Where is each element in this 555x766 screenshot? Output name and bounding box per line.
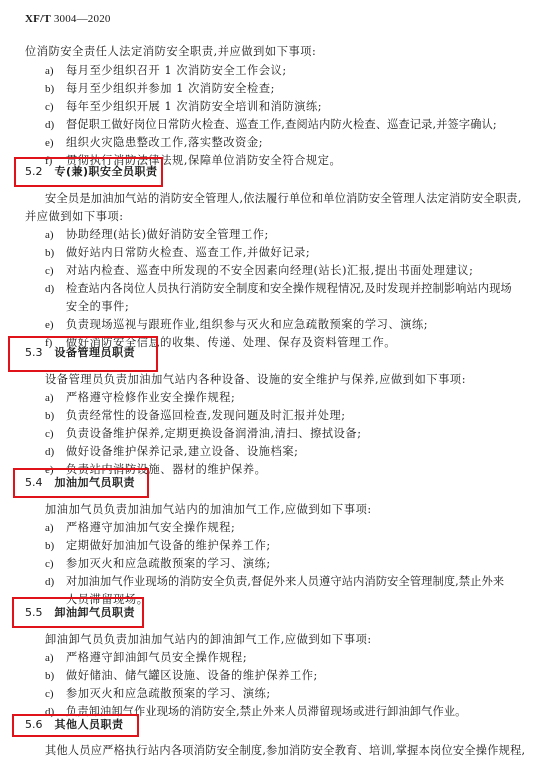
standard-code: XF/T: [25, 13, 51, 25]
section-heading-5-2: 5.2专(兼)职安全员职责: [25, 165, 158, 179]
list-item: 督促职工做好岗位日常防火检查、巡查工作,查阅站内防火检查、巡查记录,并签字确认;: [66, 118, 497, 132]
list-item: 每月至少组织并参加 1 次消防安全检查;: [66, 82, 275, 96]
list-item: 对站内检查、巡查中所发现的不安全因素向经理(站长)汇报,提出书面处理建议;: [66, 264, 473, 278]
list-label: c): [45, 264, 54, 278]
section-paragraph: 设备管理员负责加油加气站内各种设备、设施的安全维护与保养,应做到如下事项:: [45, 373, 466, 387]
list-label: a): [45, 651, 54, 665]
list-label: d): [45, 282, 54, 296]
list-item: 对加油加气作业现场的消防安全负责,督促外来人员遵守站内消防安全管理制度,禁止外来: [66, 575, 504, 589]
intro-paragraph: 位消防安全责任人法定消防安全职责,并应做到如下事项:: [25, 45, 316, 59]
list-label: d): [45, 575, 54, 589]
section-paragraph: 其他人员应严格执行站内各项消防安全制度,参加消防安全教育、培训,掌握本岗位安全操…: [45, 744, 525, 758]
list-label: e): [45, 318, 54, 332]
section-heading-5-3: 5.3设备管理员职责: [25, 346, 135, 360]
list-item: 严格遵守检修作业安全操作规程;: [66, 391, 235, 405]
list-item: 负责设备维护保养,定期更换设备润滑油,清扫、擦拭设备;: [66, 427, 362, 441]
section-number: 5.6: [25, 718, 43, 731]
list-label: a): [45, 391, 54, 405]
list-label: c): [45, 557, 54, 571]
section-title: 其他人员职责: [55, 718, 124, 731]
section-paragraph: 加油加气员负责加油加气站内的加油加气工作,应做到如下事项:: [45, 503, 372, 517]
list-item: 每年至少组织开展 1 次消防安全培训和消防演练;: [66, 100, 322, 114]
list-label: c): [45, 427, 54, 441]
list-label: b): [45, 409, 54, 423]
list-label: e): [45, 136, 54, 150]
list-label: b): [45, 82, 54, 96]
section-number: 5.3: [25, 346, 43, 359]
section-title: 专(兼)职安全员职责: [55, 165, 158, 178]
section-number: 5.2: [25, 165, 43, 178]
section-paragraph: 安全员是加油加气站的消防安全管理人,依法履行单位和单位消防安全管理人法定消防安全…: [45, 192, 522, 206]
list-item: 定期做好加油加气设备的维护保养工作;: [66, 539, 271, 553]
list-item: 协助经理(站长)做好消防安全管理工作;: [66, 228, 269, 242]
section-title: 设备管理员职责: [55, 346, 136, 359]
list-item: 做好站内日常防火检查、巡查工作,并做好记录;: [66, 246, 310, 260]
section-title: 卸油卸气员职责: [55, 606, 136, 619]
list-item: 参加灭火和应急疏散预案的学习、演练;: [66, 557, 271, 571]
list-label: a): [45, 64, 54, 78]
list-item: 严格遵守加油加气安全操作规程;: [66, 521, 235, 535]
list-label: a): [45, 521, 54, 535]
list-item: 参加灭火和应急疏散预案的学习、演练;: [66, 687, 271, 701]
document-header: XF/T 3004—2020: [25, 13, 111, 25]
list-item: 严格遵守卸油卸气员安全操作规程;: [66, 651, 247, 665]
list-item: 组织火灾隐患整改工作,落实整改资金;: [66, 136, 263, 150]
section-heading-5-4: 5.4加油加气员职责: [25, 476, 135, 490]
list-item: 做好储油、储气罐区设施、设备的维护保养工作;: [66, 669, 318, 683]
section-paragraph: 并应做到如下事项:: [25, 210, 124, 224]
list-item: 负责经常性的设备巡回检查,发现问题及时汇报并处理;: [66, 409, 346, 423]
section-paragraph: 卸油卸气员负责加油加气站内的卸油卸气工作,应做到如下事项:: [45, 633, 372, 647]
list-label: c): [45, 687, 54, 701]
list-item-continuation: 安全的事件;: [66, 300, 129, 314]
list-label: b): [45, 669, 54, 683]
list-item: 负责现场巡视与跟班作业,组织参与灭火和应急疏散预案的学习、演练;: [66, 318, 428, 332]
section-title: 加油加气员职责: [55, 476, 136, 489]
list-item: 做好设备维护保养记录,建立设备、设施档案;: [66, 445, 299, 459]
section-heading-5-6: 5.6其他人员职责: [25, 718, 124, 732]
section-number: 5.5: [25, 606, 43, 619]
standard-number: 3004—2020: [54, 13, 111, 25]
list-label: b): [45, 246, 54, 260]
list-label: d): [45, 445, 54, 459]
list-label: d): [45, 118, 54, 132]
section-number: 5.4: [25, 476, 43, 489]
section-heading-5-5: 5.5卸油卸气员职责: [25, 606, 135, 620]
list-item: 每月至少组织召开 1 次消防安全工作会议;: [66, 64, 287, 78]
list-label: b): [45, 539, 54, 553]
list-item: 检查站内各岗位人员执行消防安全制度和安全操作规程情况,及时发现并控制影响站内现场: [66, 282, 512, 296]
list-label: c): [45, 100, 54, 114]
list-label: a): [45, 228, 54, 242]
